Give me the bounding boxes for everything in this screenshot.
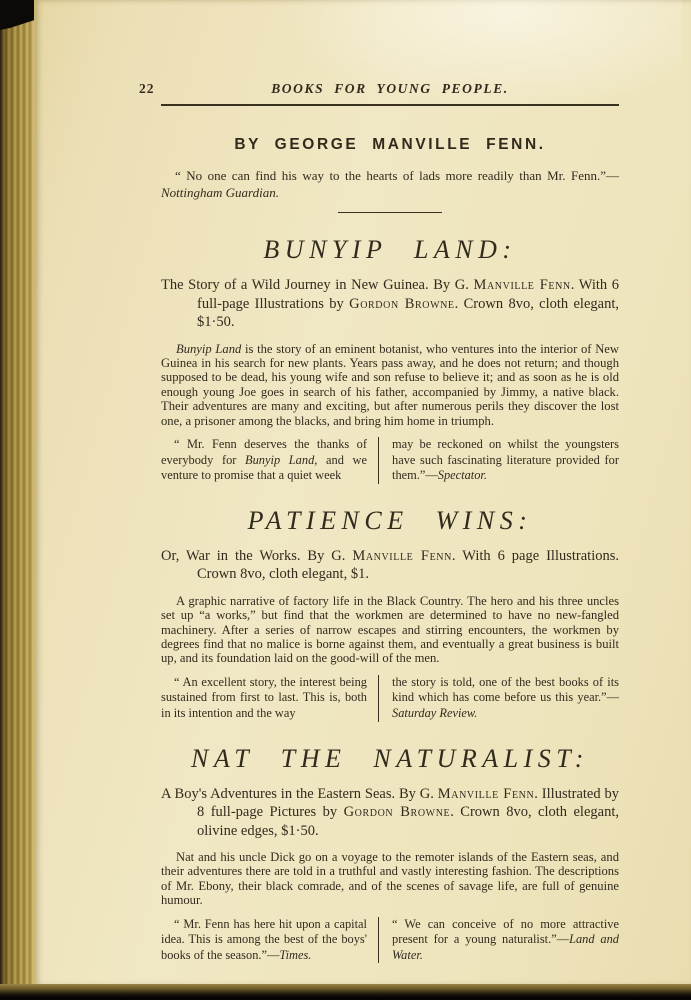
review-columns: “ An excellent story, the interest being…: [161, 675, 619, 722]
review-columns: “ Mr. Fenn deserves the thanks of everyb…: [161, 437, 619, 484]
book-description: A graphic narrative of factory life in t…: [161, 594, 619, 666]
book-section-patience-wins: PATIENCE WINS: Or, War in the Works. By …: [161, 506, 619, 722]
book-section-nat-the-naturalist: NAT THE NATURALIST: A Boy's Adventures i…: [161, 744, 619, 964]
review-left-column: “ Mr. Fenn deserves the thanks of everyb…: [161, 437, 379, 484]
review-columns: “ Mr. Fenn has here hit upon a capital i…: [161, 917, 619, 964]
section-divider: [338, 212, 442, 213]
book-title: PATIENCE WINS:: [161, 506, 619, 536]
book-title: BUNYIP LAND:: [161, 235, 619, 265]
book-imprint-info: The Story of a Wild Journey in New Guine…: [161, 276, 619, 332]
review-left-column: “ Mr. Fenn has here hit upon a capital i…: [161, 917, 379, 964]
book-section-bunyip-land: BUNYIP LAND: The Story of a Wild Journey…: [161, 235, 619, 484]
review-right-column: may be reckoned on whilst the youngsters…: [379, 437, 619, 484]
book-imprint-info: Or, War in the Works. By G. Manville Fen…: [161, 547, 619, 584]
author-press-quote: “ No one can find his way to the hearts …: [161, 167, 619, 201]
page-content: 22 BOOKS FOR YOUNG PEOPLE. BY GEORGE MAN…: [161, 80, 619, 963]
book-bottom-edge: [0, 984, 691, 1000]
book-description: Bunyip Land is the story of an eminent b…: [161, 342, 619, 428]
book-imprint-info: A Boy's Adventures in the Eastern Seas. …: [161, 785, 619, 841]
review-right-column: “ We can conceive of no more attractive …: [379, 917, 619, 964]
running-title: BOOKS FOR YOUNG PEOPLE.: [271, 81, 509, 96]
header-rule: [161, 104, 619, 106]
catalog-page: 22 BOOKS FOR YOUNG PEOPLE. BY GEORGE MAN…: [34, 0, 691, 986]
book-description: Nat and his uncle Dick go on a voyage to…: [161, 850, 619, 908]
review-right-column: the story is told, one of the best books…: [379, 675, 619, 722]
review-left-column: “ An excellent story, the interest being…: [161, 675, 379, 722]
author-heading: BY GEORGE MANVILLE FENN.: [161, 136, 619, 154]
running-head: 22 BOOKS FOR YOUNG PEOPLE.: [161, 80, 619, 98]
page-number: 22: [139, 81, 155, 97]
book-title: NAT THE NATURALIST:: [161, 744, 619, 774]
